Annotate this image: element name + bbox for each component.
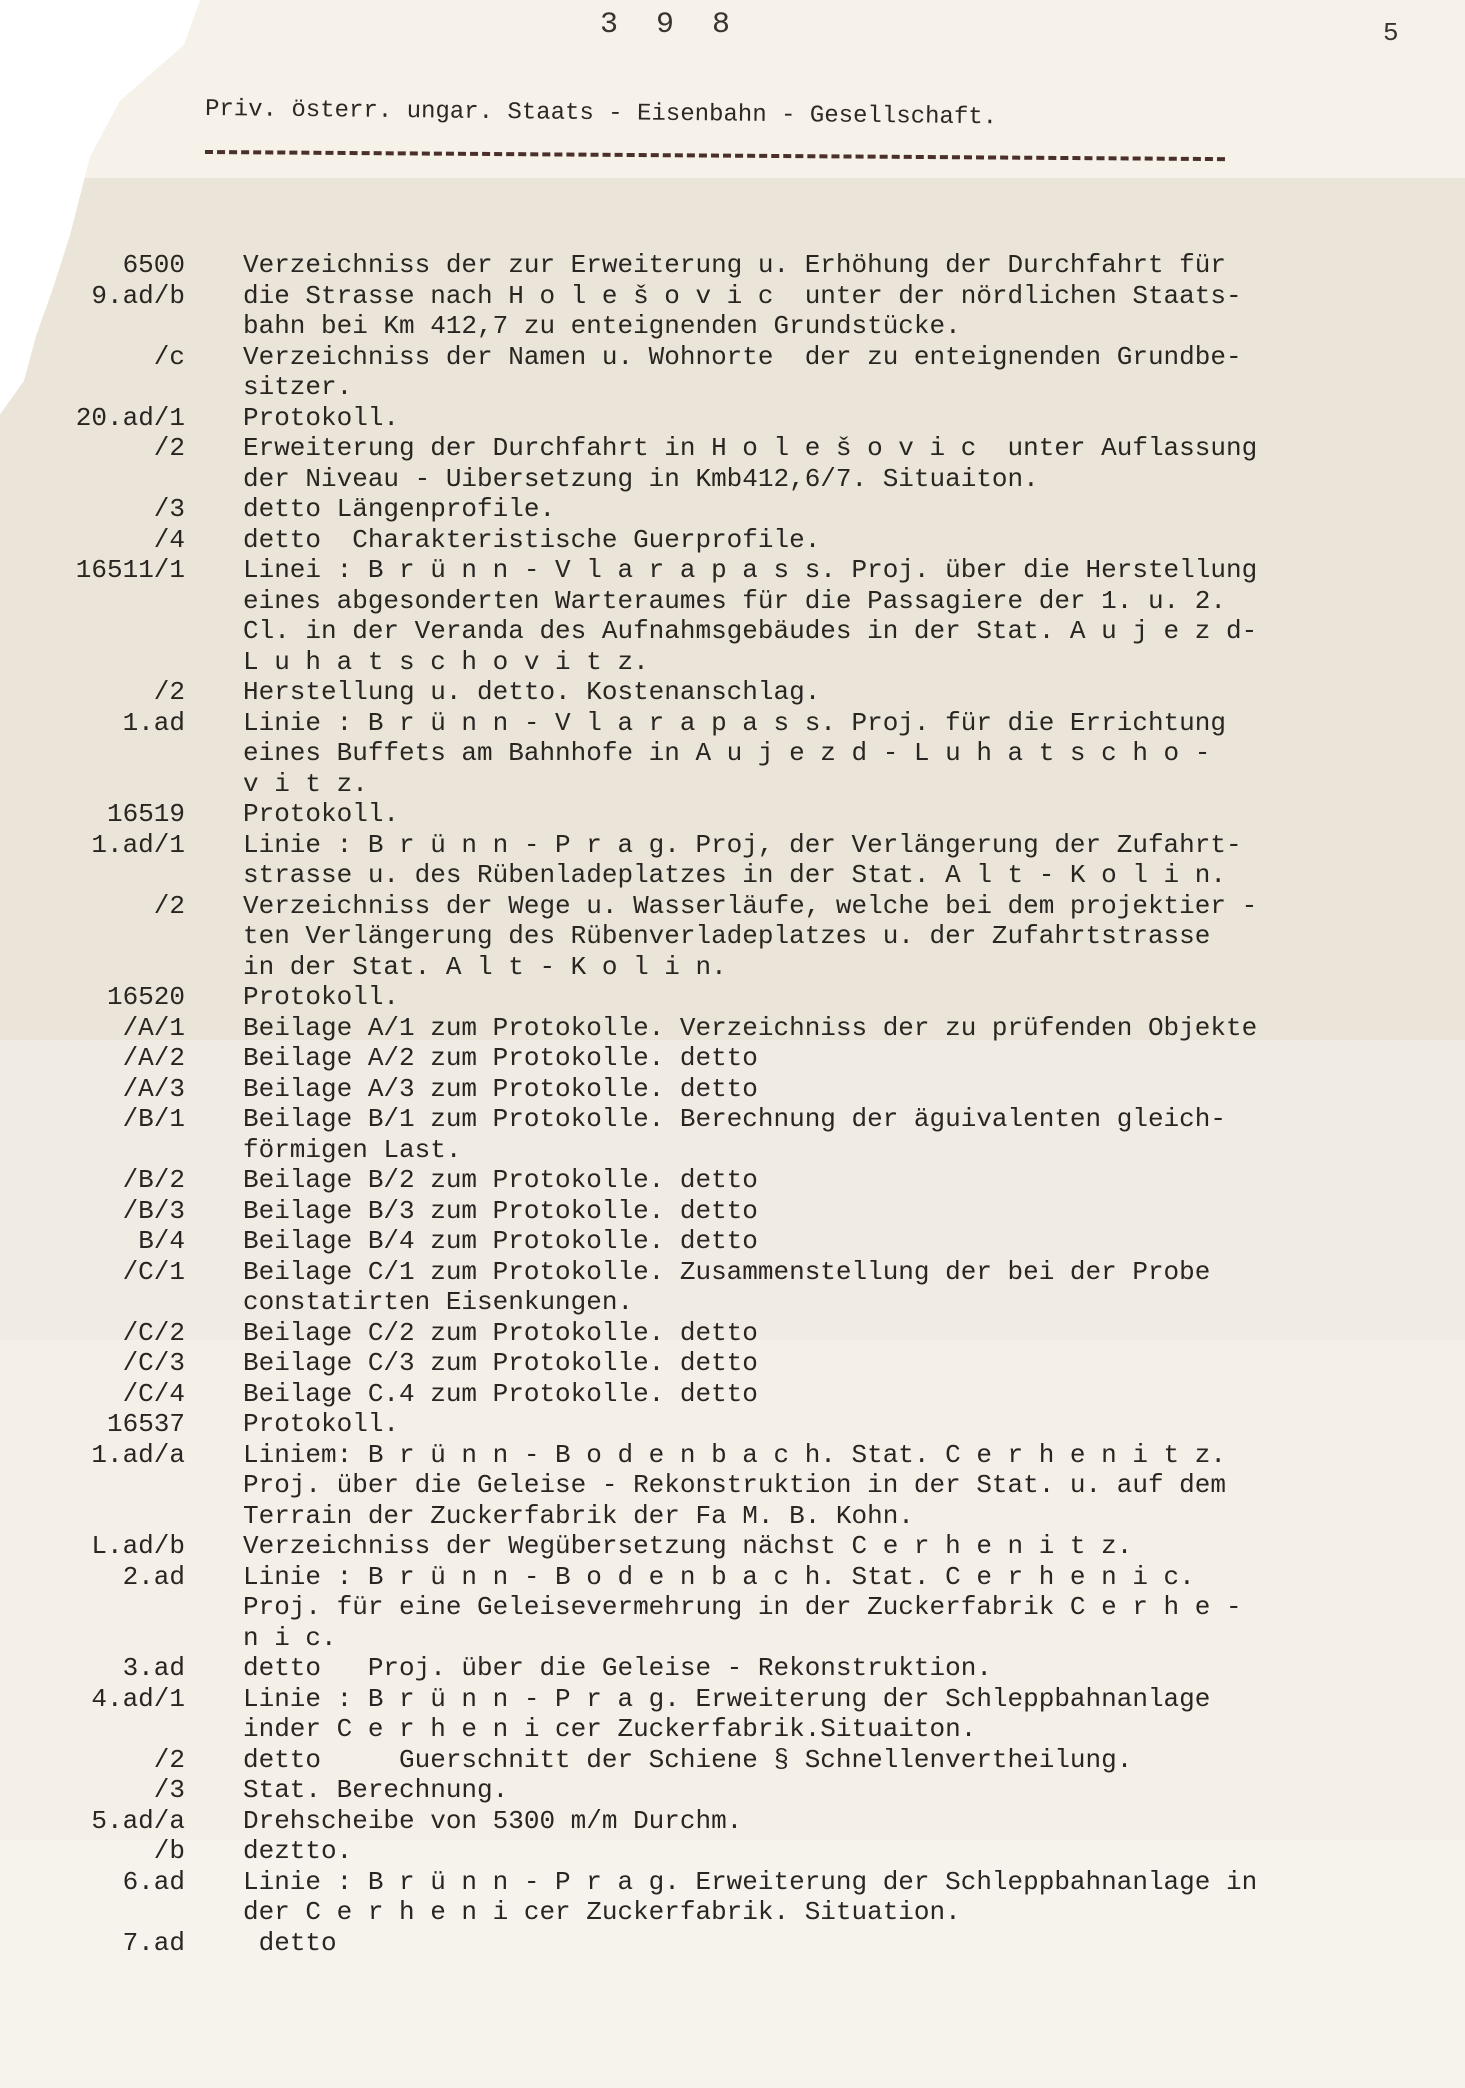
- entry-description: detto: [243, 1928, 1423, 1959]
- entry-row: /2detto Guerschnitt der Schiene § Schnel…: [0, 1745, 1465, 1776]
- entry-description: Erweiterung der Durchfahrt in H o l e š …: [243, 433, 1423, 494]
- entry-row: 16537Protokoll.: [0, 1409, 1465, 1440]
- entry-row: /C/3Beilage C/3 zum Protokolle. detto: [0, 1348, 1465, 1379]
- entry-description: Beilage A/2 zum Protokolle. detto: [243, 1043, 1423, 1074]
- entry-row: /B/3Beilage B/3 zum Protokolle. detto: [0, 1196, 1465, 1227]
- entry-reference: /4: [0, 525, 185, 556]
- entry-row: /3Stat. Berechnung.: [0, 1775, 1465, 1806]
- entry-reference: /2: [0, 1745, 185, 1776]
- entry-row: 3.addetto Proj. über die Geleise - Rekon…: [0, 1653, 1465, 1684]
- entry-reference: 16519: [0, 799, 185, 830]
- entry-description: Protokoll.: [243, 403, 1423, 434]
- entry-reference: /b: [0, 1836, 185, 1867]
- entry-row: /4detto Charakteristische Guerprofile.: [0, 525, 1465, 556]
- entry-description: detto Proj. über die Geleise - Rekonstru…: [243, 1653, 1423, 1684]
- entry-row: B/4Beilage B/4 zum Protokolle. detto: [0, 1226, 1465, 1257]
- entry-description: Beilage C.4 zum Protokolle. detto: [243, 1379, 1423, 1410]
- entry-description: Beilage C/2 zum Protokolle. detto: [243, 1318, 1423, 1349]
- entry-reference: 7.ad: [0, 1928, 185, 1959]
- entry-row: /bdeztto.: [0, 1836, 1465, 1867]
- entry-description: Protokoll.: [243, 982, 1423, 1013]
- entry-row: 4.ad/1Linie : B r ü n n - P r a g. Erwei…: [0, 1684, 1465, 1745]
- entry-row: 16519Protokoll.: [0, 799, 1465, 830]
- entry-row: /C/2Beilage C/2 zum Protokolle. detto: [0, 1318, 1465, 1349]
- entry-description: Beilage B/2 zum Protokolle. detto: [243, 1165, 1423, 1196]
- entry-row: 6500 9.ad/bVerzeichniss der zur Erweiter…: [0, 250, 1465, 342]
- entry-reference: /A/1: [0, 1013, 185, 1044]
- entry-description: detto Guerschnitt der Schiene § Schnelle…: [243, 1745, 1423, 1776]
- entry-reference: 16537: [0, 1409, 185, 1440]
- entry-description: Drehscheibe von 5300 m/m Durchm.: [243, 1806, 1423, 1837]
- entry-reference: 4.ad/1: [0, 1684, 185, 1715]
- entry-reference: 2.ad: [0, 1562, 185, 1593]
- entry-reference: 3.ad: [0, 1653, 185, 1684]
- entry-row: 7.ad detto: [0, 1928, 1465, 1959]
- entry-row: /C/4Beilage C.4 zum Protokolle. detto: [0, 1379, 1465, 1410]
- entry-reference: /B/3: [0, 1196, 185, 1227]
- entry-reference: 16511/1: [0, 555, 185, 586]
- entry-row: 2.adLinie : B r ü n n - B o d e n b a c …: [0, 1562, 1465, 1654]
- entry-row: 6.adLinie : B r ü n n - P r a g. Erweite…: [0, 1867, 1465, 1928]
- entry-description: Protokoll.: [243, 799, 1423, 830]
- entry-reference: /2: [0, 677, 185, 708]
- entry-row: /A/1Beilage A/1 zum Protokolle. Verzeich…: [0, 1013, 1465, 1044]
- entry-description: Verzeichniss der Namen u. Wohnorte der z…: [243, 342, 1423, 403]
- entry-row: 1.ad/1Linie : B r ü n n - P r a g. Proj,…: [0, 830, 1465, 891]
- entry-reference: 16520: [0, 982, 185, 1013]
- entry-description: Protokoll.: [243, 1409, 1423, 1440]
- entry-row: /B/2Beilage B/2 zum Protokolle. detto: [0, 1165, 1465, 1196]
- entry-description: Beilage A/3 zum Protokolle. detto: [243, 1074, 1423, 1105]
- entry-description: Linie : B r ü n n - P r a g. Erweiterung…: [243, 1684, 1423, 1745]
- entry-reference: /2: [0, 433, 185, 464]
- entry-description: Beilage B/1 zum Protokolle. Berechnung d…: [243, 1104, 1423, 1165]
- entry-reference: /B/2: [0, 1165, 185, 1196]
- entry-description: Beilage B/4 zum Protokolle. detto: [243, 1226, 1423, 1257]
- entry-description: Linie : B r ü n n - P r a g. Proj, der V…: [243, 830, 1423, 891]
- entry-description: Verzeichniss der Wegübersetzung nächst C…: [243, 1531, 1423, 1562]
- entry-row: /cVerzeichniss der Namen u. Wohnorte der…: [0, 342, 1465, 403]
- entry-reference: /2: [0, 891, 185, 922]
- entry-row: /A/3Beilage A/3 zum Protokolle. detto: [0, 1074, 1465, 1105]
- entry-list: 6500 9.ad/bVerzeichniss der zur Erweiter…: [0, 250, 1465, 1958]
- entry-row: 1.ad/aLiniem: B r ü n n - B o d e n b a …: [0, 1440, 1465, 1532]
- entry-reference: 6500 9.ad/b: [0, 250, 185, 311]
- entry-description: Beilage B/3 zum Protokolle. detto: [243, 1196, 1423, 1227]
- entry-reference: /A/3: [0, 1074, 185, 1105]
- entry-description: Verzeichniss der zur Erweiterung u. Erhö…: [243, 250, 1423, 342]
- entry-description: Linei : B r ü n n - V l a r a p a s s. P…: [243, 555, 1423, 677]
- entry-row: 20.ad/1Protokoll.: [0, 403, 1465, 434]
- entry-description: Linie : B r ü n n - P r a g. Erweiterung…: [243, 1867, 1423, 1928]
- entry-reference: /B/1: [0, 1104, 185, 1135]
- entry-description: Liniem: B r ü n n - B o d e n b a c h. S…: [243, 1440, 1423, 1532]
- entry-description: detto Längenprofile.: [243, 494, 1423, 525]
- entry-reference: B/4: [0, 1226, 185, 1257]
- entry-reference: 20.ad/1: [0, 403, 185, 434]
- entry-row: /A/2Beilage A/2 zum Protokolle. detto: [0, 1043, 1465, 1074]
- entry-description: deztto.: [243, 1836, 1423, 1867]
- entry-description: Beilage C/1 zum Protokolle. Zusammenstel…: [243, 1257, 1423, 1318]
- page-number: 3 9 8: [600, 8, 740, 42]
- entry-row: /2Erweiterung der Durchfahrt in H o l e …: [0, 433, 1465, 494]
- entry-row: 16520Protokoll.: [0, 982, 1465, 1013]
- entry-reference: 1.ad/1: [0, 830, 185, 861]
- entry-reference: 5.ad/a: [0, 1806, 185, 1837]
- entry-reference: /C/3: [0, 1348, 185, 1379]
- entry-description: Herstellung u. detto. Kostenanschlag.: [243, 677, 1423, 708]
- entry-reference: /3: [0, 494, 185, 525]
- entry-description: Linie : B r ü n n - V l a r a p a s s. P…: [243, 708, 1423, 800]
- entry-row: /B/1Beilage B/1 zum Protokolle. Berechnu…: [0, 1104, 1465, 1165]
- entry-description: Beilage A/1 zum Protokolle. Verzeichniss…: [243, 1013, 1423, 1044]
- entry-row: L.ad/bVerzeichniss der Wegübersetzung nä…: [0, 1531, 1465, 1562]
- entry-reference: /A/2: [0, 1043, 185, 1074]
- entry-reference: L.ad/b: [0, 1531, 185, 1562]
- entry-row: 16511/1Linei : B r ü n n - V l a r a p a…: [0, 555, 1465, 677]
- entry-reference: /c: [0, 342, 185, 373]
- entry-reference: /C/4: [0, 1379, 185, 1410]
- entry-row: /C/1Beilage C/1 zum Protokolle. Zusammen…: [0, 1257, 1465, 1318]
- entry-reference: 1.ad/a: [0, 1440, 185, 1471]
- entry-description: detto Charakteristische Guerprofile.: [243, 525, 1423, 556]
- entry-description: Verzeichniss der Wege u. Wasserläufe, we…: [243, 891, 1423, 983]
- entry-description: Stat. Berechnung.: [243, 1775, 1423, 1806]
- entry-row: /3detto Längenprofile.: [0, 494, 1465, 525]
- entry-description: Beilage C/3 zum Protokolle. detto: [243, 1348, 1423, 1379]
- entry-row: 5.ad/aDrehscheibe von 5300 m/m Durchm.: [0, 1806, 1465, 1837]
- entry-description: Linie : B r ü n n - B o d e n b a c h. S…: [243, 1562, 1423, 1654]
- entry-row: /2Verzeichniss der Wege u. Wasserläufe, …: [0, 891, 1465, 983]
- entry-reference: 6.ad: [0, 1867, 185, 1898]
- entry-reference: 1.ad: [0, 708, 185, 739]
- entry-reference: /C/2: [0, 1318, 185, 1349]
- entry-row: 1.adLinie : B r ü n n - V l a r a p a s …: [0, 708, 1465, 800]
- entry-row: /2Herstellung u. detto. Kostenanschlag.: [0, 677, 1465, 708]
- entry-reference: /3: [0, 1775, 185, 1806]
- corner-number: 5: [1383, 18, 1399, 48]
- entry-reference: /C/1: [0, 1257, 185, 1288]
